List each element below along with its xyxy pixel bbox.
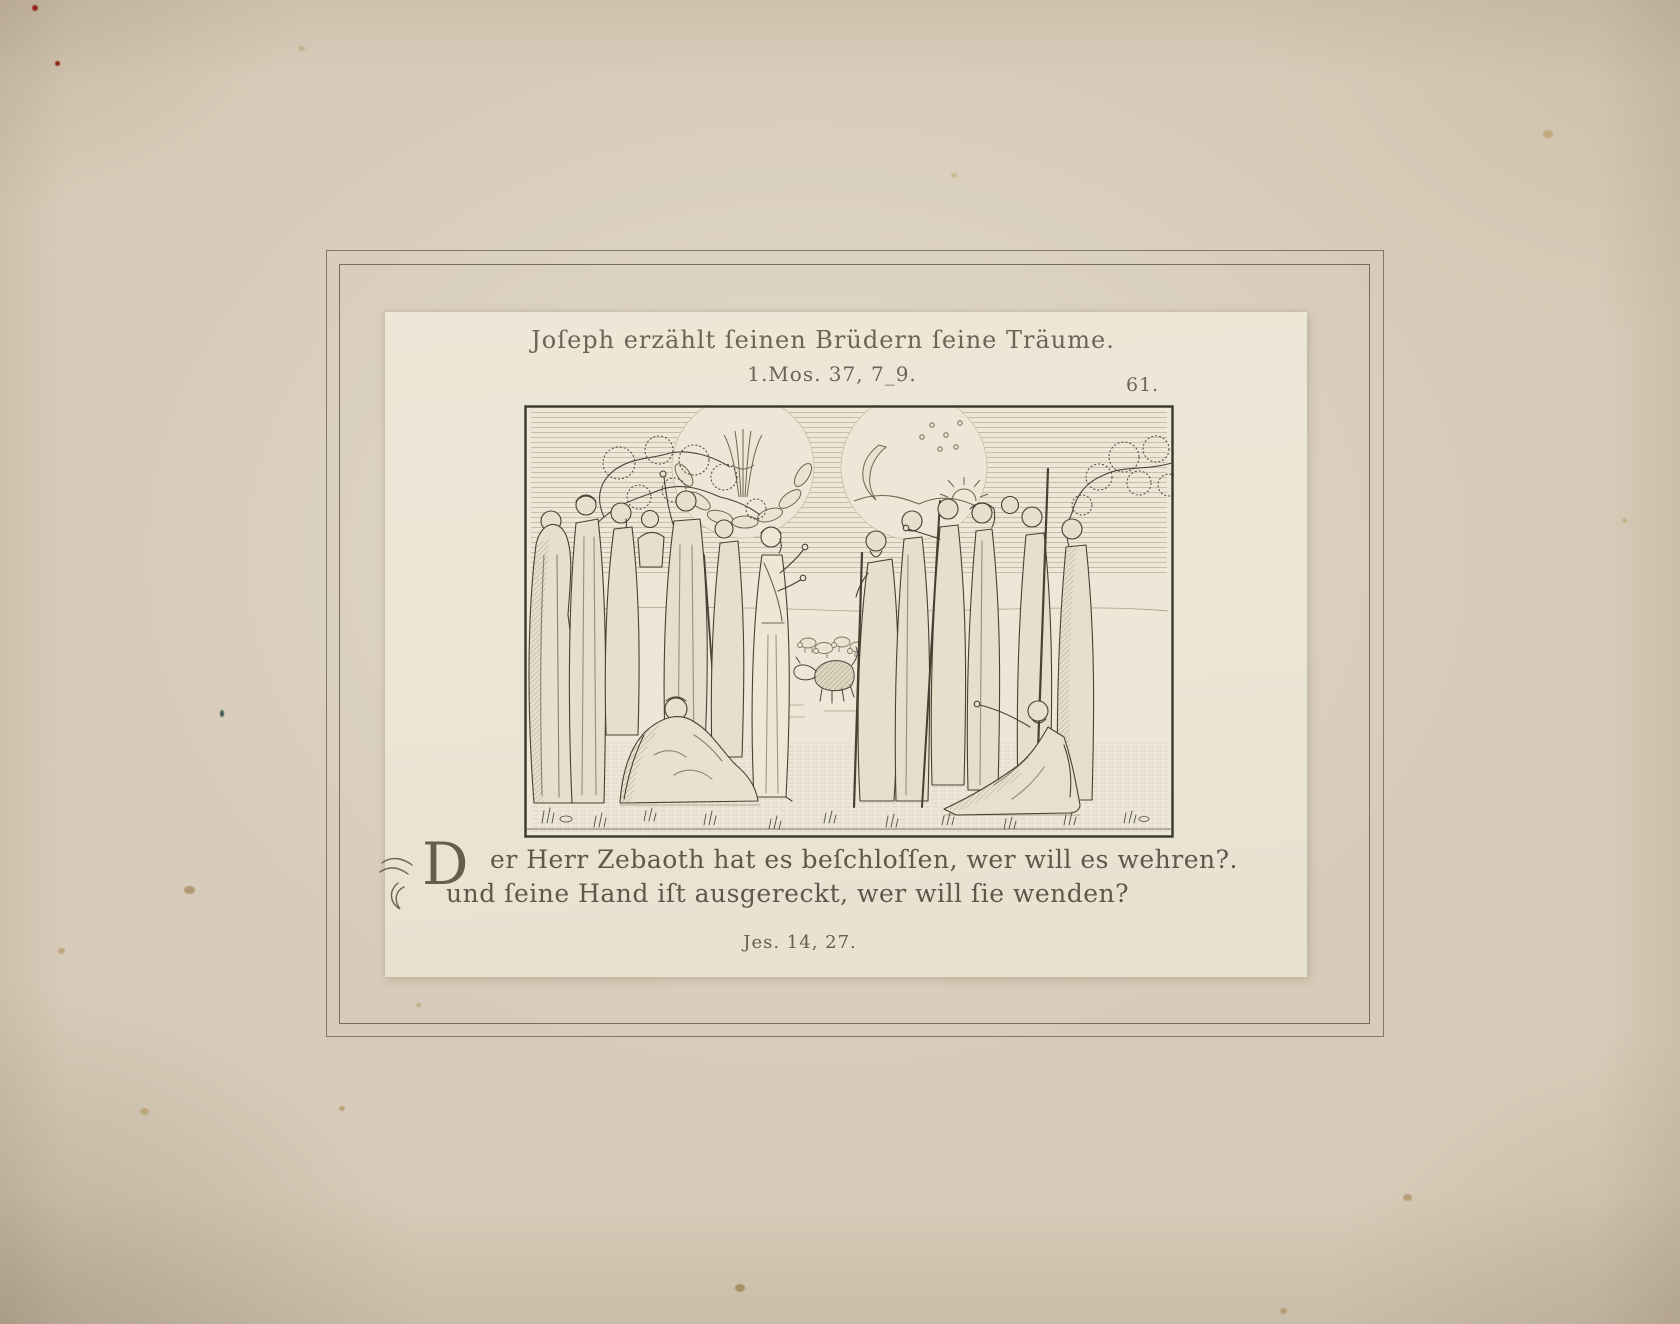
red-fleck (32, 5, 38, 11)
engraving-illustration (524, 405, 1174, 838)
caption-line-2: und ſeine Hand iſt ausgereckt, wer will … (446, 877, 1238, 911)
fox-spot (140, 1108, 149, 1115)
fox-spot (416, 1003, 421, 1007)
fox-spot (1622, 518, 1627, 523)
plate-paper: Joſeph erzählt ſeinen Brüdern ſeine Träu… (385, 312, 1307, 977)
scanned-book-page: Joſeph erzählt ſeinen Brüdern ſeine Träu… (0, 0, 1680, 1324)
scripture-reference-bottom: Jes. 14, 27. (339, 932, 1261, 953)
caption-line-1: er Herr Zebaoth hat es beſchloſſen, wer … (490, 843, 1238, 877)
fox-spot (1403, 1194, 1412, 1201)
ink-fleck (220, 710, 224, 717)
fox-spot (1543, 130, 1553, 138)
fox-spot (339, 1106, 345, 1111)
initial-flourish-ornament (378, 847, 424, 913)
fox-spot (58, 948, 65, 954)
fox-spot (735, 1284, 745, 1292)
fox-spot (184, 886, 195, 894)
red-fleck (55, 61, 60, 66)
fox-spot (1280, 1308, 1287, 1314)
fox-spot (951, 173, 957, 178)
fox-spot (298, 46, 305, 51)
plate-title: Joſeph erzählt ſeinen Brüdern ſeine Träu… (362, 326, 1284, 354)
caption-verse: D er Herr Zebaoth hat es beſchloſſen, we… (418, 843, 1238, 911)
caption-drop-initial: D (422, 835, 469, 893)
plate-number: 61. (1126, 374, 1159, 396)
